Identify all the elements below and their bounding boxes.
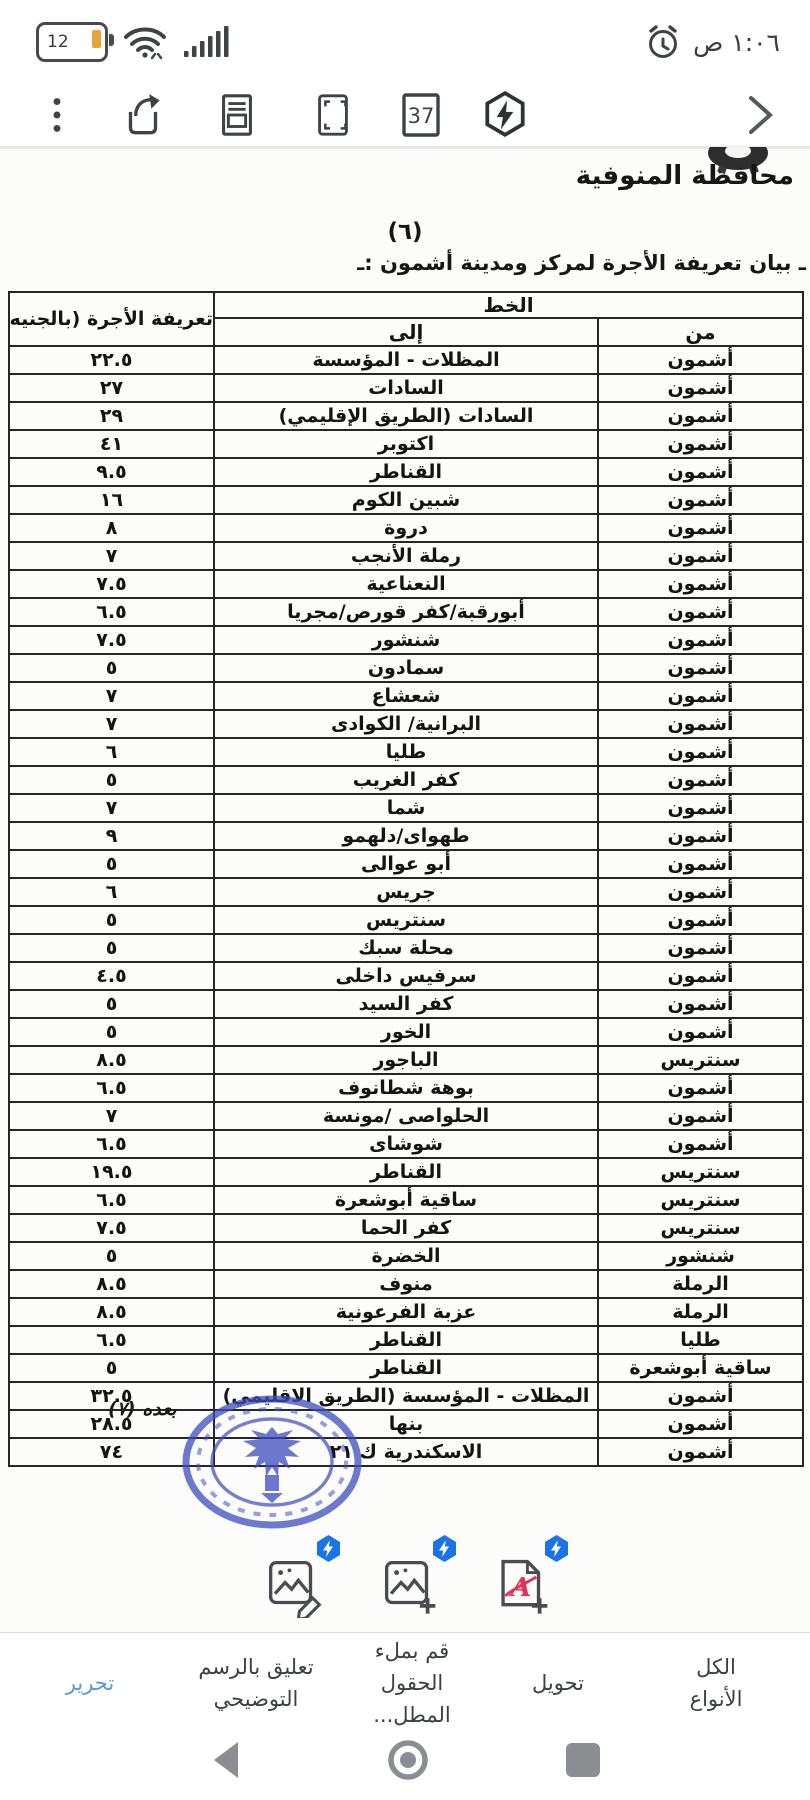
from-cell: سنتريس: [598, 1158, 803, 1186]
fare-cell: ٥: [9, 1354, 214, 1382]
to-cell: القناطر: [214, 458, 598, 486]
from-cell: أشمون: [598, 542, 803, 570]
battery-fill: [92, 30, 101, 48]
fare-cell: ٧.٥: [9, 1214, 214, 1242]
to-cell: سمادون: [214, 654, 598, 682]
recents-button[interactable]: [559, 1736, 607, 1784]
fare-cell: ٢٩: [9, 402, 214, 430]
fit-screen-button[interactable]: [308, 90, 358, 140]
fare-cell: ٧.٥: [9, 626, 214, 654]
fare-cell: ٩.٥: [9, 458, 214, 486]
from-cell: ساقية أبوشعرة: [598, 1354, 803, 1382]
battery-icon: 12: [36, 22, 108, 62]
to-cell: عزبة الفرعونية: [214, 1298, 598, 1326]
back-triangle-icon: [207, 1738, 247, 1782]
to-cell: بوهة شطانوف: [214, 1074, 598, 1102]
recents-square-icon: [562, 1738, 604, 1782]
table-row: أشمونشبين الكوم١٦: [9, 486, 803, 514]
from-cell: أشمون: [598, 1130, 803, 1158]
from-cell: أشمون: [598, 682, 803, 710]
fare-cell: ١٦: [9, 486, 214, 514]
battery-nub: [109, 34, 114, 46]
table-row: أشمونكفر السيد٥: [9, 990, 803, 1018]
from-cell: أشمون: [598, 822, 803, 850]
table-row: أشمونالنعناعية٧.٥: [9, 570, 803, 598]
to-cell: شبين الكوم: [214, 486, 598, 514]
from-cell: أشمون: [598, 1410, 803, 1438]
official-stamp: [181, 1395, 363, 1529]
table-row: أشمونسنتريس٥: [9, 906, 803, 934]
to-cell: القناطر: [214, 1354, 598, 1382]
fare-cell: ٨.٥: [9, 1298, 214, 1326]
lightning-hexagon-icon: [480, 90, 530, 140]
fare-cell: ٥: [9, 1018, 214, 1046]
next-page-button[interactable]: [736, 90, 786, 140]
from-cell: أشمون: [598, 794, 803, 822]
to-cell: منوف: [214, 1270, 598, 1298]
from-cell: أشمون: [598, 1382, 803, 1410]
from-cell: أشمون: [598, 514, 803, 542]
fare-cell: ٦.٥: [9, 1326, 214, 1354]
table-row: أشمونالسادات٢٧: [9, 374, 803, 402]
add-image-button[interactable]: [382, 1556, 444, 1622]
to-cell: دروة: [214, 514, 598, 542]
frame-icon: [310, 90, 356, 140]
page-count-label: 37: [408, 104, 435, 128]
from-cell: أشمون: [598, 346, 803, 374]
menu-kebab-button[interactable]: [32, 90, 82, 140]
to-cell: المظلات - المؤسسة: [214, 346, 598, 374]
to-cell: القناطر: [214, 1158, 598, 1186]
add-text-button[interactable]: A: [494, 1556, 556, 1622]
from-cell: سنتريس: [598, 1186, 803, 1214]
fill-fields-button[interactable]: قم بملء الحقول المطل...: [344, 1633, 480, 1733]
table-row: سنتريسالباجور٨.٥: [9, 1046, 803, 1074]
to-cell: النعناعية: [214, 570, 598, 598]
from-cell: أشمون: [598, 626, 803, 654]
android-nav-bar: [0, 1728, 810, 1792]
to-cell: كفر السيد: [214, 990, 598, 1018]
from-cell: أشمون: [598, 710, 803, 738]
to-cell: شوشاى: [214, 1130, 598, 1158]
table-row: أشمونالمظلات - المؤسسة٢٢.٥: [9, 346, 803, 374]
table-row: سنتريسساقية أبوشعرة٦.٥: [9, 1186, 803, 1214]
to-cell: كفر الحما: [214, 1214, 598, 1242]
table-row: أشمونبوهة شطانوف٦.٥: [9, 1074, 803, 1102]
to-cell: شما: [214, 794, 598, 822]
col-header-fare: تعريفة الأجرة (بالجنيه): [9, 292, 214, 346]
home-button[interactable]: [384, 1736, 432, 1784]
to-cell: السادات (الطريق الإقليمي): [214, 402, 598, 430]
fare-cell: ٢٧: [9, 374, 214, 402]
col-header-from: من: [598, 318, 803, 346]
to-cell: شعشاع: [214, 682, 598, 710]
toolbar: 37: [0, 84, 810, 146]
to-cell: شنشور: [214, 626, 598, 654]
table-row: أشمونالبرانية/ الكوادى٧: [9, 710, 803, 738]
to-cell: أبو عوالى: [214, 850, 598, 878]
fare-cell: ٧: [9, 710, 214, 738]
table-row: الرملةمنوف٨.٥: [9, 1270, 803, 1298]
fare-cell: ٨.٥: [9, 1270, 214, 1298]
fare-cell: ٧: [9, 542, 214, 570]
clock-time: ١:٠٦ ص: [693, 28, 780, 57]
to-cell: اكتوبر: [214, 430, 598, 458]
fare-cell: ٦.٥: [9, 598, 214, 626]
kebab-icon: [34, 92, 80, 138]
fare-cell: ٧: [9, 1102, 214, 1130]
from-cell: أشمون: [598, 934, 803, 962]
table-row: الرملةعزبة الفرعونية٨.٥: [9, 1298, 803, 1326]
fare-cell: ٦.٥: [9, 1074, 214, 1102]
table-row: شنشورالخضرة٥: [9, 1242, 803, 1270]
governorate-name: محافظة المنوفية: [576, 161, 794, 191]
table-row: أشموندروة٨: [9, 514, 803, 542]
fare-cell: ٩: [9, 822, 214, 850]
table-row: أشمونطهواى/دلهمو٩: [9, 822, 803, 850]
back-button[interactable]: [203, 1736, 251, 1784]
fare-cell: ٧: [9, 794, 214, 822]
to-cell: الخضرة: [214, 1242, 598, 1270]
to-cell: أبورقبة/كفر قورص/مجريا: [214, 598, 598, 626]
status-bar: 12: [0, 18, 810, 66]
table-row: أشمونشنشور٧.٥: [9, 626, 803, 654]
from-cell: أشمون: [598, 906, 803, 934]
share-icon: [118, 90, 168, 140]
table-row: أشمونجريس٦: [9, 878, 803, 906]
to-cell: سنتريس: [214, 906, 598, 934]
phone-screen: 12: [0, 0, 810, 1800]
from-cell: طليا: [598, 1326, 803, 1354]
fare-cell: ٥: [9, 906, 214, 934]
battery-percent: 12: [47, 32, 69, 52]
table-row: سنتريسالقناطر١٩.٥: [9, 1158, 803, 1186]
edit-button[interactable]: تحرير: [66, 1633, 114, 1733]
page-count-icon: 37: [397, 90, 445, 140]
image-edit-icon: [266, 1556, 324, 1618]
status-right-cluster: ١:٠٦ ص: [643, 22, 780, 62]
from-cell: شنشور: [598, 1242, 803, 1270]
fare-cell: ٦.٥: [9, 1130, 214, 1158]
ai-lightning-badge: [431, 1534, 458, 1563]
from-cell: أشمون: [598, 1018, 803, 1046]
home-circle-icon: [384, 1736, 432, 1784]
fare-cell: ٥: [9, 654, 214, 682]
convert-button[interactable]: تحويل: [532, 1633, 584, 1733]
to-cell: سرفيس داخلى: [214, 962, 598, 990]
fare-cell: ٧.٥: [9, 570, 214, 598]
pages-button[interactable]: 37: [396, 90, 446, 140]
from-cell: أشمون: [598, 766, 803, 794]
to-cell: كفر الغريب: [214, 766, 598, 794]
fare-cell: ٥: [9, 850, 214, 878]
fare-table: الخط تعريفة الأجرة (بالجنيه) من إلى أشمو…: [8, 291, 804, 1467]
from-cell: أشمون: [598, 570, 803, 598]
fare-cell: ٤١: [9, 430, 214, 458]
document-title: ـ بيان تعريفة الأجرة لمركز ومدينة أشمون …: [357, 251, 806, 275]
to-cell: الحلواصى /مونسة: [214, 1102, 598, 1130]
fare-cell: ٤.٥: [9, 962, 214, 990]
ai-lightning-badge: [543, 1534, 570, 1563]
to-cell: طليا: [214, 738, 598, 766]
table-row: سنتريسكفر الحما٧.٥: [9, 1214, 803, 1242]
from-cell: أشمون: [598, 1438, 803, 1466]
table-row: أشمونسمادون٥: [9, 654, 803, 682]
from-cell: أشمون: [598, 1102, 803, 1130]
to-cell: الخور: [214, 1018, 598, 1046]
annotate-drawing-button[interactable]: تعليق بالرسم التوضيحي: [181, 1633, 331, 1733]
all-types-button[interactable]: الكل الأنواع: [669, 1633, 763, 1733]
table-row: أشمونشوشاى٦.٥: [9, 1130, 803, 1158]
fare-cell: ٦.٥: [9, 1186, 214, 1214]
from-cell: أشمون: [598, 962, 803, 990]
to-cell: البرانية/ الكوادى: [214, 710, 598, 738]
from-cell: أشمون: [598, 486, 803, 514]
fare-cell: ٨: [9, 514, 214, 542]
from-cell: الرملة: [598, 1270, 803, 1298]
to-cell: الباجور: [214, 1046, 598, 1074]
table-row: أشمونالقناطر٩.٥: [9, 458, 803, 486]
to-cell: جريس: [214, 878, 598, 906]
to-cell: محلة سبك: [214, 934, 598, 962]
table-row: أشمونشما٧: [9, 794, 803, 822]
continuation-note: بعده (٧): [108, 1398, 177, 1420]
flash-actions-button[interactable]: [480, 90, 530, 140]
text-recognize-icon: A: [494, 1556, 552, 1618]
table-row: أشمونأبورقبة/كفر قورص/مجريا٦.٥: [9, 598, 803, 626]
from-cell: أشمون: [598, 402, 803, 430]
document-page: محافظة المنوفية (٦) ـ بيان تعريفة الأجرة…: [0, 149, 810, 1635]
bottom-action-bar: الكل الأنواع تحويل قم بملء الحقول المطل.…: [0, 1633, 810, 1735]
from-cell: أشمون: [598, 990, 803, 1018]
to-cell: ساقية أبوشعرة: [214, 1186, 598, 1214]
from-cell: سنتريس: [598, 1046, 803, 1074]
to-cell: السادات: [214, 374, 598, 402]
alarm-icon: [643, 22, 683, 62]
from-cell: أشمون: [598, 374, 803, 402]
table-row: طلياالقناطر٦.٥: [9, 1326, 803, 1354]
fare-cell: ٥: [9, 990, 214, 1018]
from-cell: أشمون: [598, 598, 803, 626]
table-row: أشمونطليا٦: [9, 738, 803, 766]
table-row: أشمونالحلواصى /مونسة٧: [9, 1102, 803, 1130]
table-row: أشمونرملة الأنجب٧: [9, 542, 803, 570]
chevron-right-icon: [739, 90, 783, 140]
col-header-to: إلى: [214, 318, 598, 346]
fare-cell: ٦: [9, 738, 214, 766]
ai-lightning-badge: [315, 1534, 342, 1563]
table-row: أشموناكتوبر٤١: [9, 430, 803, 458]
table-row: أشمونسرفيس داخلى٤.٥: [9, 962, 803, 990]
image-add-icon: [382, 1556, 440, 1618]
wifi-icon: [122, 22, 168, 62]
fare-cell: ٦: [9, 878, 214, 906]
from-cell: الرملة: [598, 1298, 803, 1326]
fare-cell: ١٩.٥: [9, 1158, 214, 1186]
fare-cell: ٧: [9, 682, 214, 710]
table-row: أشمونالسادات (الطريق الإقليمي)٢٩: [9, 402, 803, 430]
table-row: أشمونأبو عوالى٥: [9, 850, 803, 878]
table-row: أشمونكفر الغريب٥: [9, 766, 803, 794]
table-row: أشمونالخور٥: [9, 1018, 803, 1046]
from-cell: أشمون: [598, 1074, 803, 1102]
table-row: أشمونمحلة سبك٥: [9, 934, 803, 962]
from-cell: أشمون: [598, 738, 803, 766]
status-left-cluster: 12: [36, 22, 234, 62]
table-row: أشمونالاسكندرية ك ٢١٧٤: [9, 1438, 803, 1466]
table-row: ساقية أبوشعرةالقناطر٥: [9, 1354, 803, 1382]
reader-mode-button[interactable]: [212, 90, 262, 140]
from-cell: أشمون: [598, 878, 803, 906]
to-cell: القناطر: [214, 1326, 598, 1354]
fare-cell: ٥: [9, 1242, 214, 1270]
fare-cell: ٢٢.٥: [9, 346, 214, 374]
from-cell: أشمون: [598, 458, 803, 486]
annotate-image-button[interactable]: [266, 1556, 328, 1622]
fare-cell: ٨.٥: [9, 1046, 214, 1074]
signal-icon: [182, 22, 234, 62]
reader-doc-icon: [214, 90, 260, 140]
share-button[interactable]: [118, 90, 168, 140]
from-cell: أشمون: [598, 654, 803, 682]
from-cell: أشمون: [598, 430, 803, 458]
page-number: (٦): [0, 219, 810, 245]
fare-cell: ٥: [9, 766, 214, 794]
to-cell: رملة الأنجب: [214, 542, 598, 570]
to-cell: طهواى/دلهمو: [214, 822, 598, 850]
fare-cell: ٥: [9, 934, 214, 962]
from-cell: سنتريس: [598, 1214, 803, 1242]
from-cell: أشمون: [598, 850, 803, 878]
table-row: أشمونشعشاع٧: [9, 682, 803, 710]
col-header-line: الخط: [214, 292, 803, 318]
